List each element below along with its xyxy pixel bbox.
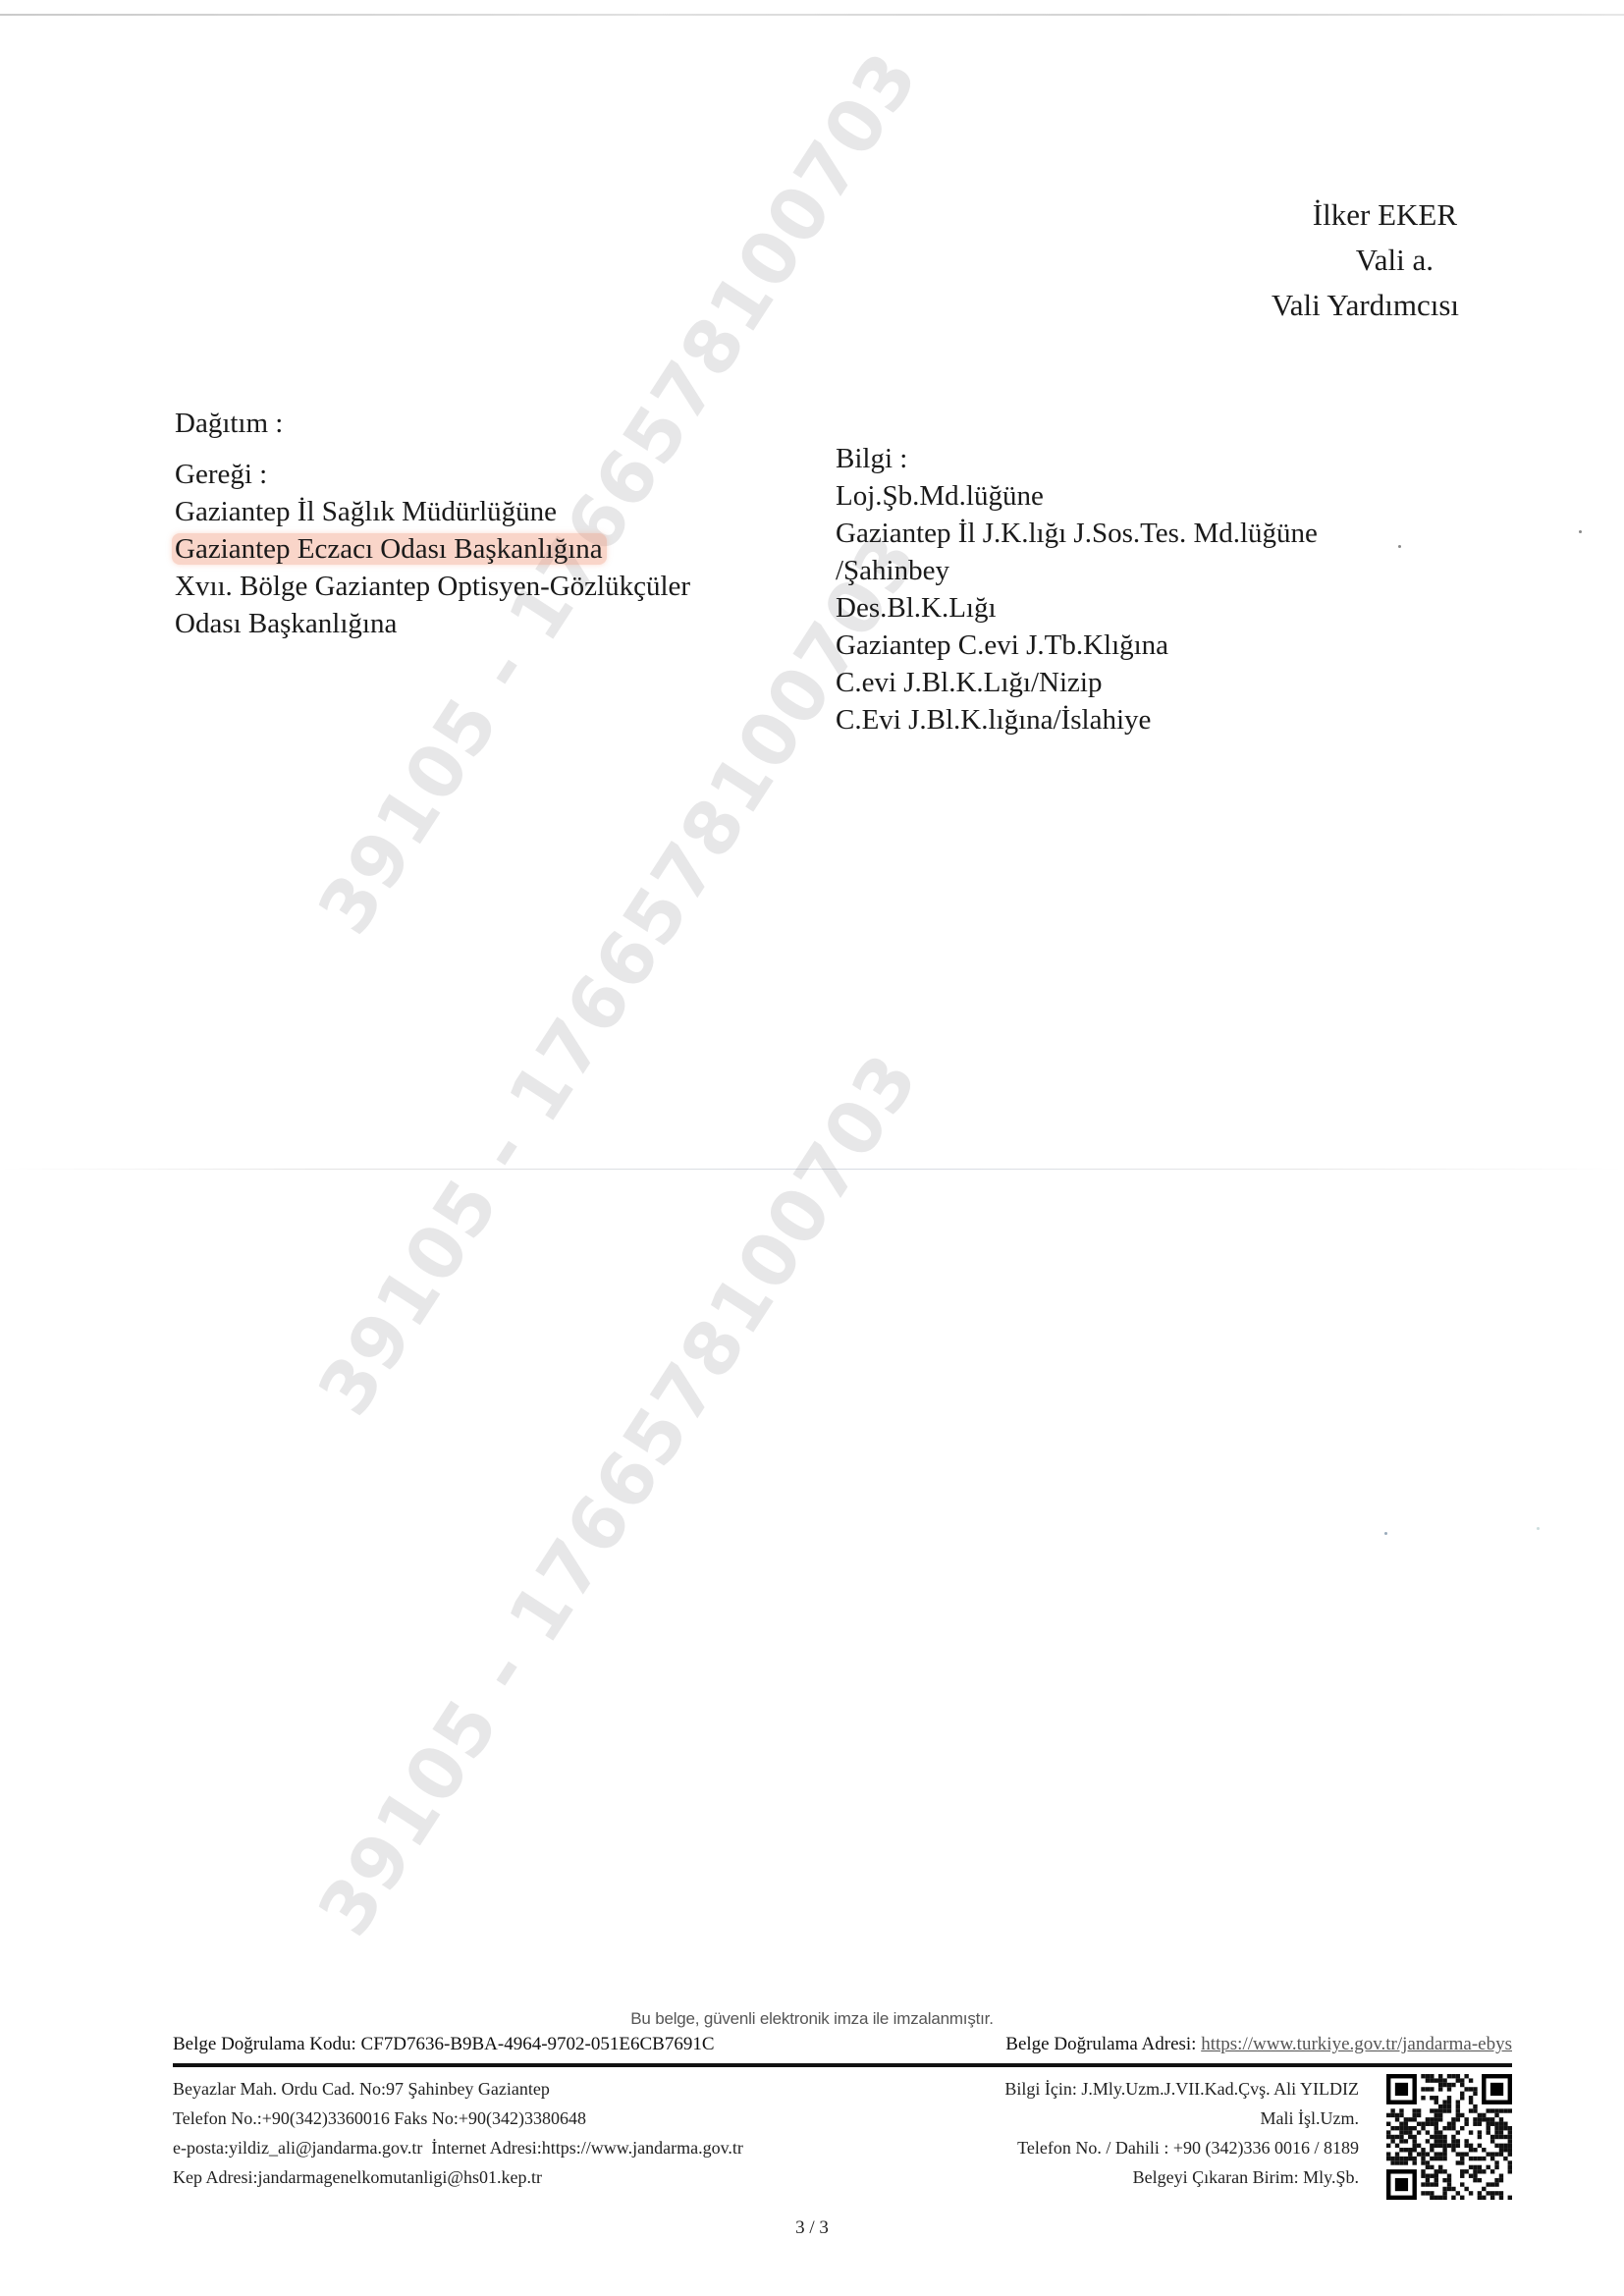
- email-web-line: e-posta:yildiz_ali@jandarma.gov.tr İnter…: [173, 2133, 743, 2162]
- address-line: Beyazlar Mah. Ordu Cad. No:97 Şahinbey G…: [173, 2074, 743, 2104]
- scan-speck: [1537, 1527, 1540, 1530]
- recipient-item: Odası Başkanlığına: [175, 605, 690, 642]
- recipient-item: Xvıı. Bölge Gaziantep Optisyen-Gözlükçül…: [175, 568, 690, 605]
- signatory-title: Vali Yardımcısı: [1272, 283, 1459, 328]
- page-number: 3 / 3: [0, 2217, 1624, 2239]
- verification-code: Belge Doğrulama Kodu: CF7D7636-B9BA-4964…: [173, 2034, 715, 2055]
- verification-code-value: CF7D7636-B9BA-4964-9702-051E6CB7691C: [361, 2034, 715, 2054]
- distribution-block: Dağıtım : Gereği : Gaziantep İl Sağlık M…: [175, 405, 690, 642]
- issuing-unit: Belgeyi Çıkaran Birim: Mly.Şb.: [1004, 2162, 1359, 2192]
- recipient-item: Gaziantep İl Sağlık Müdürlüğüne: [175, 493, 690, 530]
- verification-address-label: Belge Doğrulama Adresi:: [1005, 2034, 1196, 2054]
- info-item: Gaziantep C.evi J.Tb.Klığına: [836, 627, 1318, 664]
- info-item: /Şahinbey: [836, 552, 1318, 589]
- verification-address: Belge Doğrulama Adresi: https://www.turk…: [1005, 2034, 1512, 2055]
- verification-code-label: Belge Doğrulama Kodu:: [173, 2034, 356, 2054]
- verification-row: Belge Doğrulama Kodu: CF7D7636-B9BA-4964…: [173, 2032, 1512, 2061]
- recipient-item-highlighted: Gaziantep Eczacı Odası Başkanlığına: [175, 530, 690, 568]
- footer-divider: [173, 2063, 1512, 2067]
- phone-fax-line: Telefon No.:+90(342)3360016 Faks No:+90(…: [173, 2104, 743, 2133]
- signatory-role: Vali a.: [1272, 238, 1459, 283]
- info-contact-phone: Telefon No. / Dahili : +90 (342)336 0016…: [1004, 2133, 1359, 2162]
- info-item: Loj.Şb.Md.lüğüne: [836, 477, 1318, 515]
- signature-block: İlker EKER Vali a. Vali Yardımcısı: [1272, 192, 1459, 328]
- bilgi-label: Bilgi :: [836, 440, 1318, 477]
- info-contact-person: Bilgi İçin: J.Mly.Uzm.J.VII.Kad.Çvş. Ali…: [1004, 2074, 1359, 2104]
- scan-speck: [1579, 530, 1582, 533]
- qr-code-icon: [1386, 2074, 1512, 2200]
- info-contact-role: Mali İşl.Uzm.: [1004, 2104, 1359, 2133]
- scan-speck: [1398, 545, 1401, 548]
- kep-address-line: Kep Adresi:jandarmagenelkomutanligi@hs01…: [173, 2162, 743, 2192]
- esign-note: Bu belge, güvenli elektronik imza ile im…: [0, 2009, 1624, 2029]
- gereği-label: Gereği :: [175, 456, 690, 493]
- contact-info-right: Bilgi İçin: J.Mly.Uzm.J.VII.Kad.Çvş. Ali…: [1004, 2074, 1359, 2192]
- info-distribution-block: Bilgi : Loj.Şb.Md.lüğüne Gaziantep İl J.…: [836, 440, 1318, 738]
- distribution-heading: Dağıtım :: [175, 405, 690, 442]
- info-item: C.evi J.Bl.K.Lığı/Nizip: [836, 664, 1318, 701]
- signatory-name: İlker EKER: [1272, 192, 1459, 238]
- contact-info-left: Beyazlar Mah. Ordu Cad. No:97 Şahinbey G…: [173, 2074, 743, 2192]
- info-item: Des.Bl.K.Lığı: [836, 589, 1318, 627]
- scan-edge-line: [0, 14, 1624, 16]
- verification-address-link[interactable]: https://www.turkiye.gov.tr/jandarma-ebys: [1201, 2034, 1512, 2054]
- highlight-mark: Gaziantep Eczacı Odası Başkanlığına: [172, 533, 607, 565]
- info-item: C.Evi J.Bl.K.lığına/İslahiye: [836, 701, 1318, 738]
- scan-speck: [1384, 1532, 1387, 1535]
- watermark: 39105 - 1766578100703: [302, 1039, 936, 1950]
- info-item: Gaziantep İl J.K.lığı J.Sos.Tes. Md.lüğü…: [836, 515, 1318, 552]
